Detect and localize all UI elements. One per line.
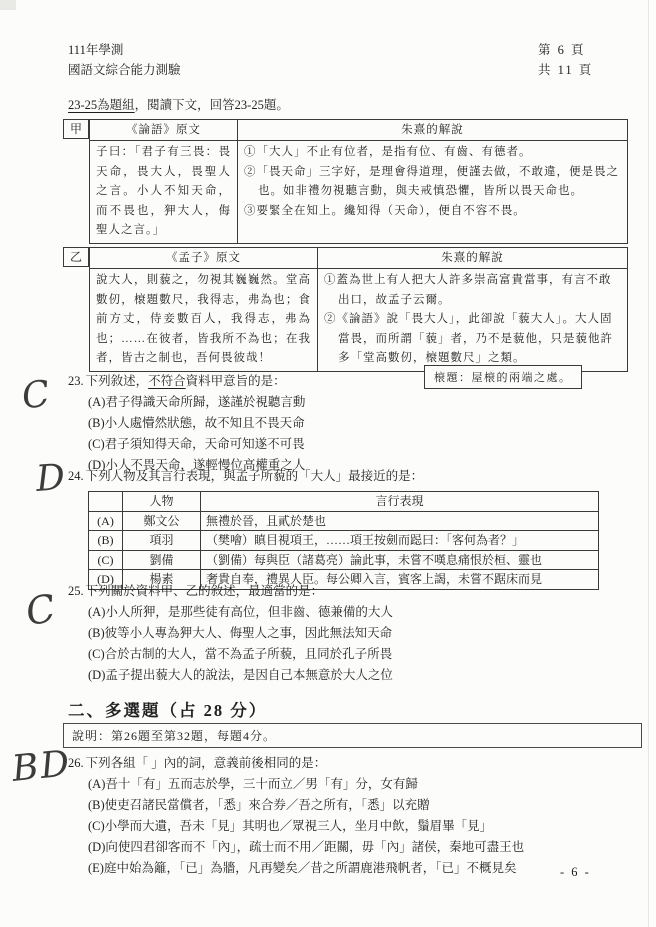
table-jia-label: 甲	[63, 119, 89, 139]
q24-row-b-person: 項羽	[123, 531, 201, 551]
table-row: (C) 劉備 （劉備）每與臣（諸葛亮）論此事，未嘗不嘆息痛恨於桓、靈也	[89, 550, 599, 570]
yi-commentary-item: ②《論語》說「畏大人」，此卻說「藐大人」。大人固當畏，而所謂「藐」者，乃不是藐他…	[324, 310, 621, 369]
question-24-number: 24.	[68, 469, 84, 483]
question-26: 26.下列各組「 」內的詞，意義前後相同的是： (A)吾十「有」五而志於學，三十…	[68, 753, 524, 879]
q24-row-a-person: 鄭文公	[123, 511, 201, 531]
yi-col2-header: 朱熹的解說	[318, 248, 628, 269]
yi-col1-header: 《孟子》原文	[90, 248, 318, 269]
exam-header: 111年學測 國語文綜合能力測驗	[68, 40, 181, 80]
q24-row-c-behavior: （劉備）每與臣（諸葛亮）論此事，未嘗不嘆息痛恨於桓、靈也	[201, 550, 599, 570]
question-23-option-b: (B)小人處懵然狀態，故不知且不畏天命	[68, 413, 305, 434]
exam-page: 111年學測 國語文綜合能力測驗 第 6 頁 共 11 頁 23-25為題組，閱…	[0, 0, 656, 927]
handwritten-answer-q26: BD	[10, 743, 73, 790]
handwritten-answer-q25: C	[22, 586, 58, 634]
question-24: 24.下列人物及其言行表現，與孟子所藐的「大人」最接近的是： 人物 言行表現 (…	[68, 466, 599, 590]
table-row: (B) 項羽 （樊噲）瞋目視項王，……項王按劍而跽曰：「客何為者？」	[89, 531, 599, 551]
glossary-note: 榱題：屋榱的兩端之處。	[424, 365, 582, 389]
page-total: 共 11 頁	[538, 60, 593, 80]
question-26-option-e: (E)庭中始為籬，「已」為牆，凡再變矣／昔之所謂鹿港飛帆者，「已」不概見矣	[68, 858, 524, 879]
jia-original-text: 子曰：「君子有三畏：畏天命，畏大人，畏聖人之言。小人不知天命，而不畏也，狎大人，…	[90, 141, 238, 244]
source-table-yi: 乙 《孟子》原文 朱熹的解說 說大人，則藐之，勿視其巍巍然。堂高數仞，榱題數尺，…	[63, 247, 628, 372]
source-table-jia: 甲 《論語》原文 朱熹的解說 子曰：「君子有三畏：畏天命，畏大人，畏聖人之言。小…	[63, 119, 628, 244]
yi-original-text: 說大人，則藐之，勿視其巍巍然。堂高數仞，榱題數尺，我得志，弗為也；食前方丈，侍妾…	[90, 269, 318, 372]
question-25-option-a: (A)小人所狎，是那些徒有高位，但非齒、德兼備的大人	[68, 602, 393, 623]
question-26-option-c: (C)小學而大遺，吾未「見」其明也／眾視三人，坐月中飲，鬚眉畢「見」	[68, 816, 524, 837]
question-23-stem-pre: 下列敘述，	[86, 374, 149, 388]
question-25-option-b: (B)彼等小人專為狎大人、侮聖人之事，因此無法知天命	[68, 623, 393, 644]
question-25: 25.下列關於資料甲、乙的敘述，最適當的是： (A)小人所狎，是那些徒有高位，但…	[68, 581, 393, 686]
page-indicator: 第 6 頁 共 11 頁	[538, 40, 593, 80]
q24-row-b-behavior: （樊噲）瞋目視項王，……項王按劍而跽曰：「客何為者？」	[201, 531, 599, 551]
question-25-option-c: (C)合於古制的大人，當不為孟子所藐，且同於孔子所畏	[68, 644, 393, 665]
question-26-option-b: (B)使吏召諸民當償者，「悉」來合券／吾之所有，「悉」以充贈	[68, 795, 524, 816]
table-yi-label: 乙	[63, 247, 89, 267]
q24-row-b-option: (B)	[89, 531, 123, 551]
section-2-title: 二、多選題（占 28 分）	[68, 697, 267, 721]
question-24-stem-text: 下列人物及其言行表現，與孟子所藐的「大人」最接近的是：	[86, 469, 424, 483]
question-26-option-a: (A)吾十「有」五而志於學，三十而立／男「有」分，女有歸	[68, 774, 524, 795]
exam-subject: 國語文綜合能力測驗	[68, 60, 181, 80]
handwritten-answer-q24: D	[35, 457, 67, 500]
question-25-stem-text: 下列關於資料甲、乙的敘述，最適當的是：	[86, 584, 324, 598]
group-range: 23-25為題組	[68, 98, 135, 112]
jia-commentary: ①「大人」不止有位者，是指有位、有齒、有德者。 ②「畏天命」三字好，是理會得道理…	[238, 141, 628, 244]
q24-header-behavior: 言行表現	[201, 492, 599, 512]
jia-col2-header: 朱熹的解說	[238, 120, 628, 141]
scan-edge-line	[648, 0, 649, 927]
question-23-number: 23.	[68, 374, 84, 388]
question-26-stem: 26.下列各組「 」內的詞，意義前後相同的是：	[68, 753, 524, 774]
q24-row-c-person: 劉備	[123, 550, 201, 570]
question-23-option-c: (C)君子須知得天命，天命可知遂不可畏	[68, 434, 305, 455]
exam-year: 111年學測	[68, 40, 181, 60]
q24-header-person: 人物	[123, 492, 201, 512]
q24-row-a-option: (A)	[89, 511, 123, 531]
jia-commentary-item: ①「大人」不止有位者，是指有位、有齒、有德者。	[244, 143, 621, 163]
question-25-option-d: (D)孟子提出藐大人的說法，是因自己本無意於大人之位	[68, 665, 393, 686]
page-number: 第 6 頁	[538, 40, 593, 60]
yi-commentary-item: ①蓋為世上有人把大人許多崇高富貴當事，有言不敢出口，故孟子云爾。	[324, 271, 621, 310]
question-26-option-d: (D)向使四君卻客而不「內」，疏士而不用／距關，毋「內」諸侯，秦地可盡王也	[68, 837, 524, 858]
footer-page-number: - 6 -	[560, 865, 591, 880]
question-23-stem-underlined: 不符合	[148, 374, 186, 388]
question-25-number: 25.	[68, 584, 84, 598]
jia-col1-header: 《論語》原文	[90, 120, 238, 141]
scan-artifact	[0, 0, 16, 10]
question-23-stem-post: 資料甲意旨的是：	[186, 374, 286, 388]
question-26-stem-text: 下列各組「 」內的詞，意義前後相同的是：	[86, 756, 327, 770]
question-25-stem: 25.下列關於資料甲、乙的敘述，最適當的是：	[68, 581, 393, 602]
jia-commentary-item: ②「畏天命」三字好，是理會得道理，便謹去做，不敢違，便是畏之也。如非禮勿視聽言動…	[244, 163, 621, 202]
jia-commentary-item: ③要緊全在知上。纔知得（天命），便自不容不畏。	[244, 202, 621, 222]
question-23-stem: 23.下列敘述，不符合資料甲意旨的是：	[68, 371, 305, 392]
q24-row-c-option: (C)	[89, 550, 123, 570]
question-group-intro: 23-25為題組，閱讀下文，回答23-25題。	[68, 95, 289, 113]
question-24-table: 人物 言行表現 (A) 鄭文公 無禮於晉，且貳於楚也 (B) 項羽 （樊噲）瞋目…	[88, 491, 599, 590]
question-24-stem: 24.下列人物及其言行表現，與孟子所藐的「大人」最接近的是：	[68, 466, 599, 487]
section-2-instruction-box: 說明：第26題至第32題，每題4分。	[63, 723, 642, 748]
q24-header-blank	[89, 492, 123, 512]
question-23: 23.下列敘述，不符合資料甲意旨的是： (A)君子得識天命所歸，遂謹於視聽言動 …	[68, 371, 305, 476]
yi-commentary: ①蓋為世上有人把大人許多崇高富貴當事，有言不敢出口，故孟子云爾。 ②《論語》說「…	[318, 269, 628, 372]
question-23-option-a: (A)君子得識天命所歸，遂謹於視聽言動	[68, 392, 305, 413]
table-row: (A) 鄭文公 無禮於晉，且貳於楚也	[89, 511, 599, 531]
question-26-number: 26.	[68, 756, 84, 770]
handwritten-answer-q23: C	[19, 373, 52, 417]
group-instruction: ，閱讀下文，回答23-25題。	[135, 98, 289, 112]
q24-row-a-behavior: 無禮於晉，且貳於楚也	[201, 511, 599, 531]
